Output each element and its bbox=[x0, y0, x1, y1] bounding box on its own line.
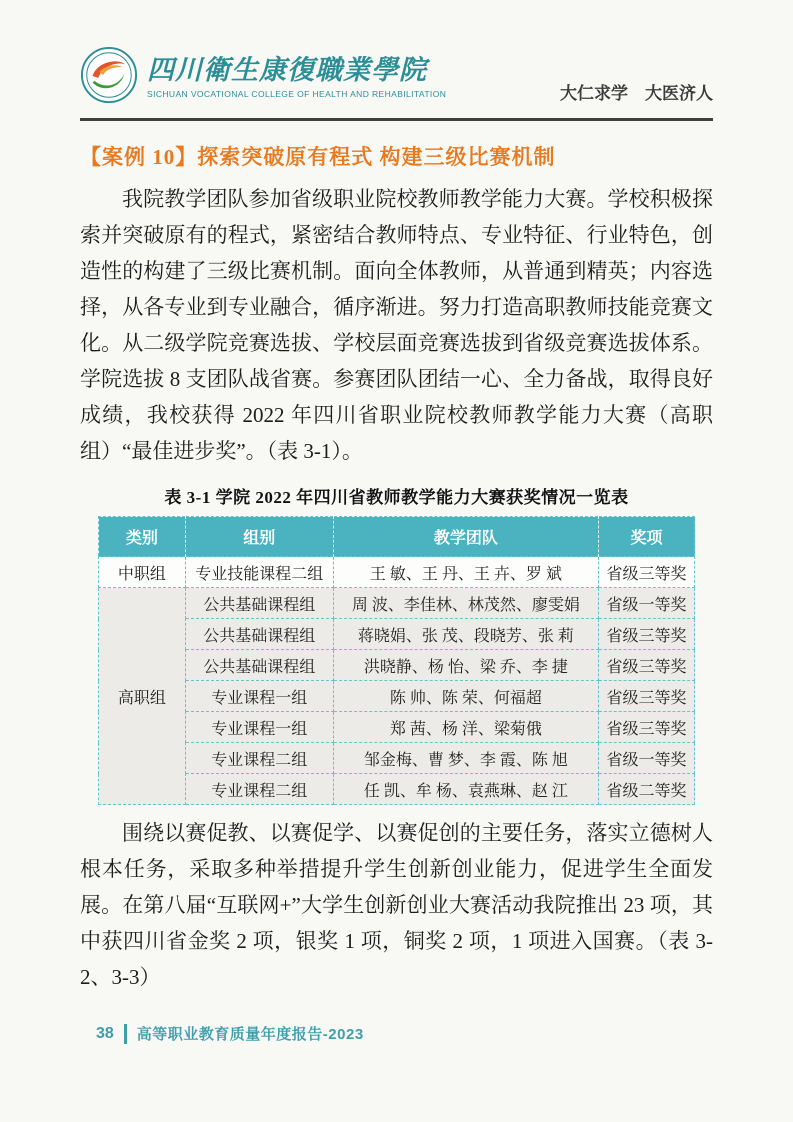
page-number: 38 bbox=[96, 1025, 114, 1043]
team-cell: 邹金梅、曹 梦、李 霞、陈 旭 bbox=[333, 743, 599, 774]
table-row: 高职组公共基础课程组周 波、李佳林、林茂然、廖雯娟省级一等奖 bbox=[99, 588, 695, 619]
college-logo: 四川衛生康復職業學院 SICHUAN VOCATIONAL COLLEGE OF… bbox=[80, 46, 446, 109]
category-cell: 高职组 bbox=[99, 588, 186, 805]
document-page: 四川衛生康復職業學院 SICHUAN VOCATIONAL COLLEGE OF… bbox=[0, 0, 793, 1122]
team-cell: 王 敏、王 丹、王 卉、罗 斌 bbox=[333, 557, 599, 588]
award-cell: 省级三等奖 bbox=[599, 619, 695, 650]
award-cell: 省级一等奖 bbox=[599, 588, 695, 619]
college-name-cn: 四川衛生康復職業學院 bbox=[147, 56, 446, 86]
group-cell: 专业课程一组 bbox=[185, 712, 333, 743]
table-column-header: 类别 bbox=[99, 517, 186, 557]
award-cell: 省级三等奖 bbox=[599, 650, 695, 681]
table-column-header: 教学团队 bbox=[333, 517, 599, 557]
award-cell: 省级三等奖 bbox=[599, 712, 695, 743]
team-cell: 任 凯、牟 杨、袁燕琳、赵 江 bbox=[333, 774, 599, 805]
case-heading: 【案例 10】探索突破原有程式 构建三级比赛机制 bbox=[80, 141, 713, 171]
table-row: 公共基础课程组洪晓静、杨 怡、梁 乔、李 捷省级三等奖 bbox=[99, 650, 695, 681]
group-cell: 公共基础课程组 bbox=[185, 588, 333, 619]
group-cell: 公共基础课程组 bbox=[185, 619, 333, 650]
team-cell: 洪晓静、杨 怡、梁 乔、李 捷 bbox=[333, 650, 599, 681]
table-row: 中职组专业技能课程二组王 敏、王 丹、王 卉、罗 斌省级三等奖 bbox=[99, 557, 695, 588]
footer-divider bbox=[124, 1024, 127, 1044]
table-header-row: 类别组别教学团队奖项 bbox=[99, 517, 695, 557]
group-cell: 专业技能课程二组 bbox=[185, 557, 333, 588]
award-cell: 省级二等奖 bbox=[599, 774, 695, 805]
team-cell: 陈 帅、陈 荣、何福超 bbox=[333, 681, 599, 712]
header-rule bbox=[80, 118, 713, 121]
team-cell: 蒋晓娟、张 茂、段晓芳、张 莉 bbox=[333, 619, 599, 650]
table-row: 专业课程二组任 凯、牟 杨、袁燕琳、赵 江省级二等奖 bbox=[99, 774, 695, 805]
table-row: 专业课程一组郑 茜、杨 洋、梁菊俄省级三等奖 bbox=[99, 712, 695, 743]
award-cell: 省级三等奖 bbox=[599, 681, 695, 712]
college-logo-text: 四川衛生康復職業學院 SICHUAN VOCATIONAL COLLEGE OF… bbox=[147, 56, 446, 99]
paragraph-2: 围绕以赛促教、以赛促学、以赛促创的主要任务，落实立德树人根本任务，采取多种举措提… bbox=[80, 815, 713, 995]
award-cell: 省级一等奖 bbox=[599, 743, 695, 774]
college-name-en: SICHUAN VOCATIONAL COLLEGE OF HEALTH AND… bbox=[147, 89, 446, 99]
paragraph-1: 我院教学团队参加省级职业院校教师教学能力大赛。学校积极探索并突破原有的程式，紧密… bbox=[80, 181, 713, 469]
page-footer: 38 高等职业教育质量年度报告-2023 bbox=[96, 1023, 364, 1044]
table-column-header: 组别 bbox=[185, 517, 333, 557]
table-row: 专业课程二组邹金梅、曹 梦、李 霞、陈 旭省级一等奖 bbox=[99, 743, 695, 774]
college-emblem-icon bbox=[80, 46, 138, 109]
awards-table: 类别组别教学团队奖项 中职组专业技能课程二组王 敏、王 丹、王 卉、罗 斌省级三… bbox=[98, 516, 695, 805]
table-body: 中职组专业技能课程二组王 敏、王 丹、王 卉、罗 斌省级三等奖高职组公共基础课程… bbox=[99, 557, 695, 805]
category-cell: 中职组 bbox=[99, 557, 186, 588]
college-motto: 大仁求学 大医济人 bbox=[560, 79, 713, 109]
group-cell: 公共基础课程组 bbox=[185, 650, 333, 681]
table-caption: 表 3-1 学院 2022 年四川省教师教学能力大赛获奖情况一览表 bbox=[80, 483, 713, 508]
team-cell: 郑 茜、杨 洋、梁菊俄 bbox=[333, 712, 599, 743]
table-column-header: 奖项 bbox=[599, 517, 695, 557]
page-body: 【案例 10】探索突破原有程式 构建三级比赛机制 我院教学团队参加省级职业院校教… bbox=[80, 141, 713, 995]
table-row: 专业课程一组陈 帅、陈 荣、何福超省级三等奖 bbox=[99, 681, 695, 712]
table-row: 公共基础课程组蒋晓娟、张 茂、段晓芳、张 莉省级三等奖 bbox=[99, 619, 695, 650]
report-title: 高等职业教育质量年度报告-2023 bbox=[137, 1023, 364, 1044]
award-cell: 省级三等奖 bbox=[599, 557, 695, 588]
group-cell: 专业课程二组 bbox=[185, 743, 333, 774]
page-header: 四川衛生康復職業學院 SICHUAN VOCATIONAL COLLEGE OF… bbox=[80, 0, 713, 121]
header-row: 四川衛生康復職業學院 SICHUAN VOCATIONAL COLLEGE OF… bbox=[80, 46, 713, 109]
team-cell: 周 波、李佳林、林茂然、廖雯娟 bbox=[333, 588, 599, 619]
group-cell: 专业课程一组 bbox=[185, 681, 333, 712]
group-cell: 专业课程二组 bbox=[185, 774, 333, 805]
